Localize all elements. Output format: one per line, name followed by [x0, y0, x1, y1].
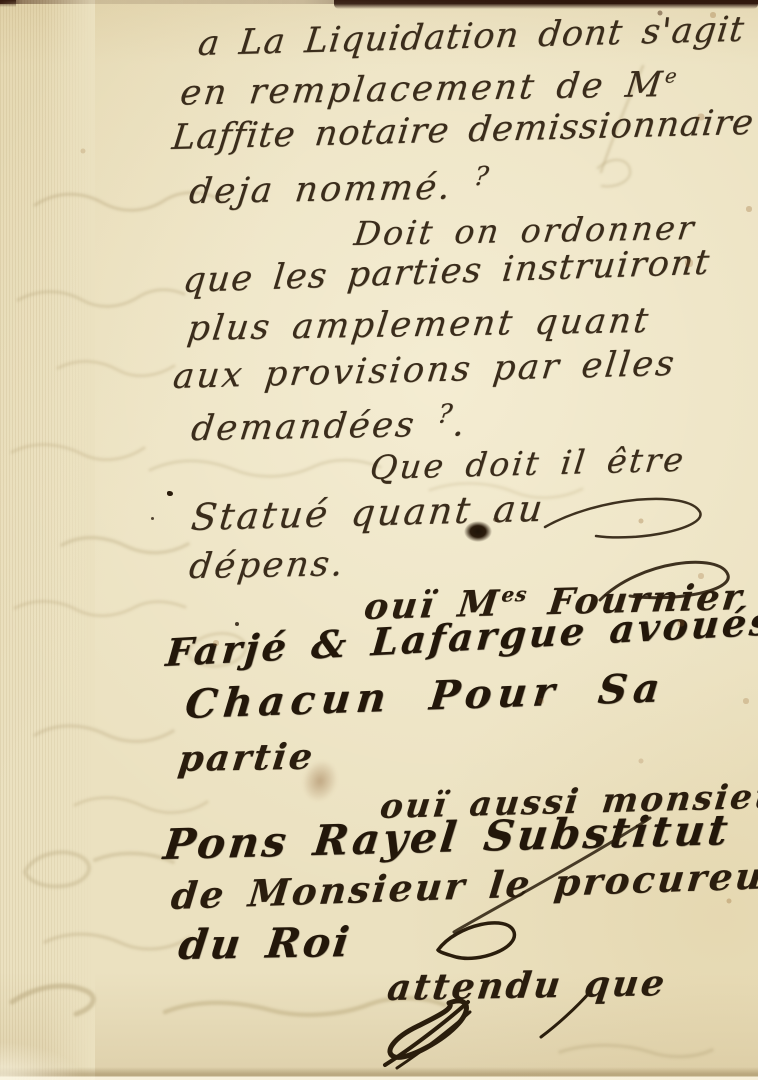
roi-flourish	[438, 923, 514, 958]
line-text: attendu que	[385, 962, 669, 1009]
manuscript-line: Que doit il être	[368, 440, 688, 487]
line-text: Statué quant au	[189, 487, 547, 539]
paraph-cross-2	[397, 1012, 470, 1068]
paraph-loop	[390, 1001, 467, 1057]
line-text: dépens.	[187, 544, 348, 587]
manuscript-page: a La Liquidation dont s'agit en remplace…	[0, 0, 758, 1080]
manuscript-line: a La Liquidation dont s'agit	[196, 10, 747, 64]
manuscript-line: deja nommé. ?	[187, 162, 493, 212]
line-text: plus amplement quant	[185, 301, 653, 349]
manuscript-line: dépens.	[187, 544, 348, 587]
paraph-cross-1	[385, 1002, 468, 1065]
ink-flourishes	[0, 0, 758, 1080]
page-top-edge-shadow	[334, 0, 758, 9]
manuscript-line: demandées ?.	[189, 399, 470, 449]
superscript: es	[500, 582, 529, 607]
au-loop-flourish	[545, 499, 701, 538]
manuscript-line: Chacun Pour Sa	[183, 664, 668, 728]
line-text: partie	[176, 736, 317, 780]
ink-speck	[167, 491, 173, 496]
line-text: demandées	[189, 405, 439, 449]
page-corner-shadow	[0, 0, 16, 7]
line-text: a La Liquidation dont s'agit	[196, 10, 747, 64]
ink-blot	[464, 521, 492, 542]
ink-speck	[235, 622, 239, 626]
line-text: que les parties instruiront	[181, 243, 712, 301]
ink-speck	[151, 517, 154, 520]
line-text: Chacun Pour Sa	[183, 664, 668, 728]
manuscript-line: plus amplement quant	[185, 301, 653, 349]
raised-question-mark: ?	[472, 162, 492, 192]
manuscript-line: aux provisions par elles	[171, 344, 678, 397]
ink-blot-satellite	[493, 517, 499, 522]
superscript: e	[664, 64, 679, 87]
manuscript-line: partie	[176, 736, 317, 780]
bleed-through-writing	[0, 0, 758, 1080]
line-text: deja nommé.	[187, 167, 475, 212]
manuscript-line: du Roi	[176, 918, 354, 969]
laid-paper-texture	[0, 0, 95, 1080]
manuscript-line: attendu que	[385, 962, 669, 1009]
manuscript-line: Statué quant au	[189, 487, 547, 539]
line-text: aux provisions par elles	[171, 344, 678, 397]
page-bottom-corner	[0, 1025, 120, 1080]
line-text: du Roi	[176, 918, 354, 969]
line-text: Que doit il être	[368, 440, 688, 487]
manuscript-line: que les parties instruiront	[181, 243, 712, 301]
